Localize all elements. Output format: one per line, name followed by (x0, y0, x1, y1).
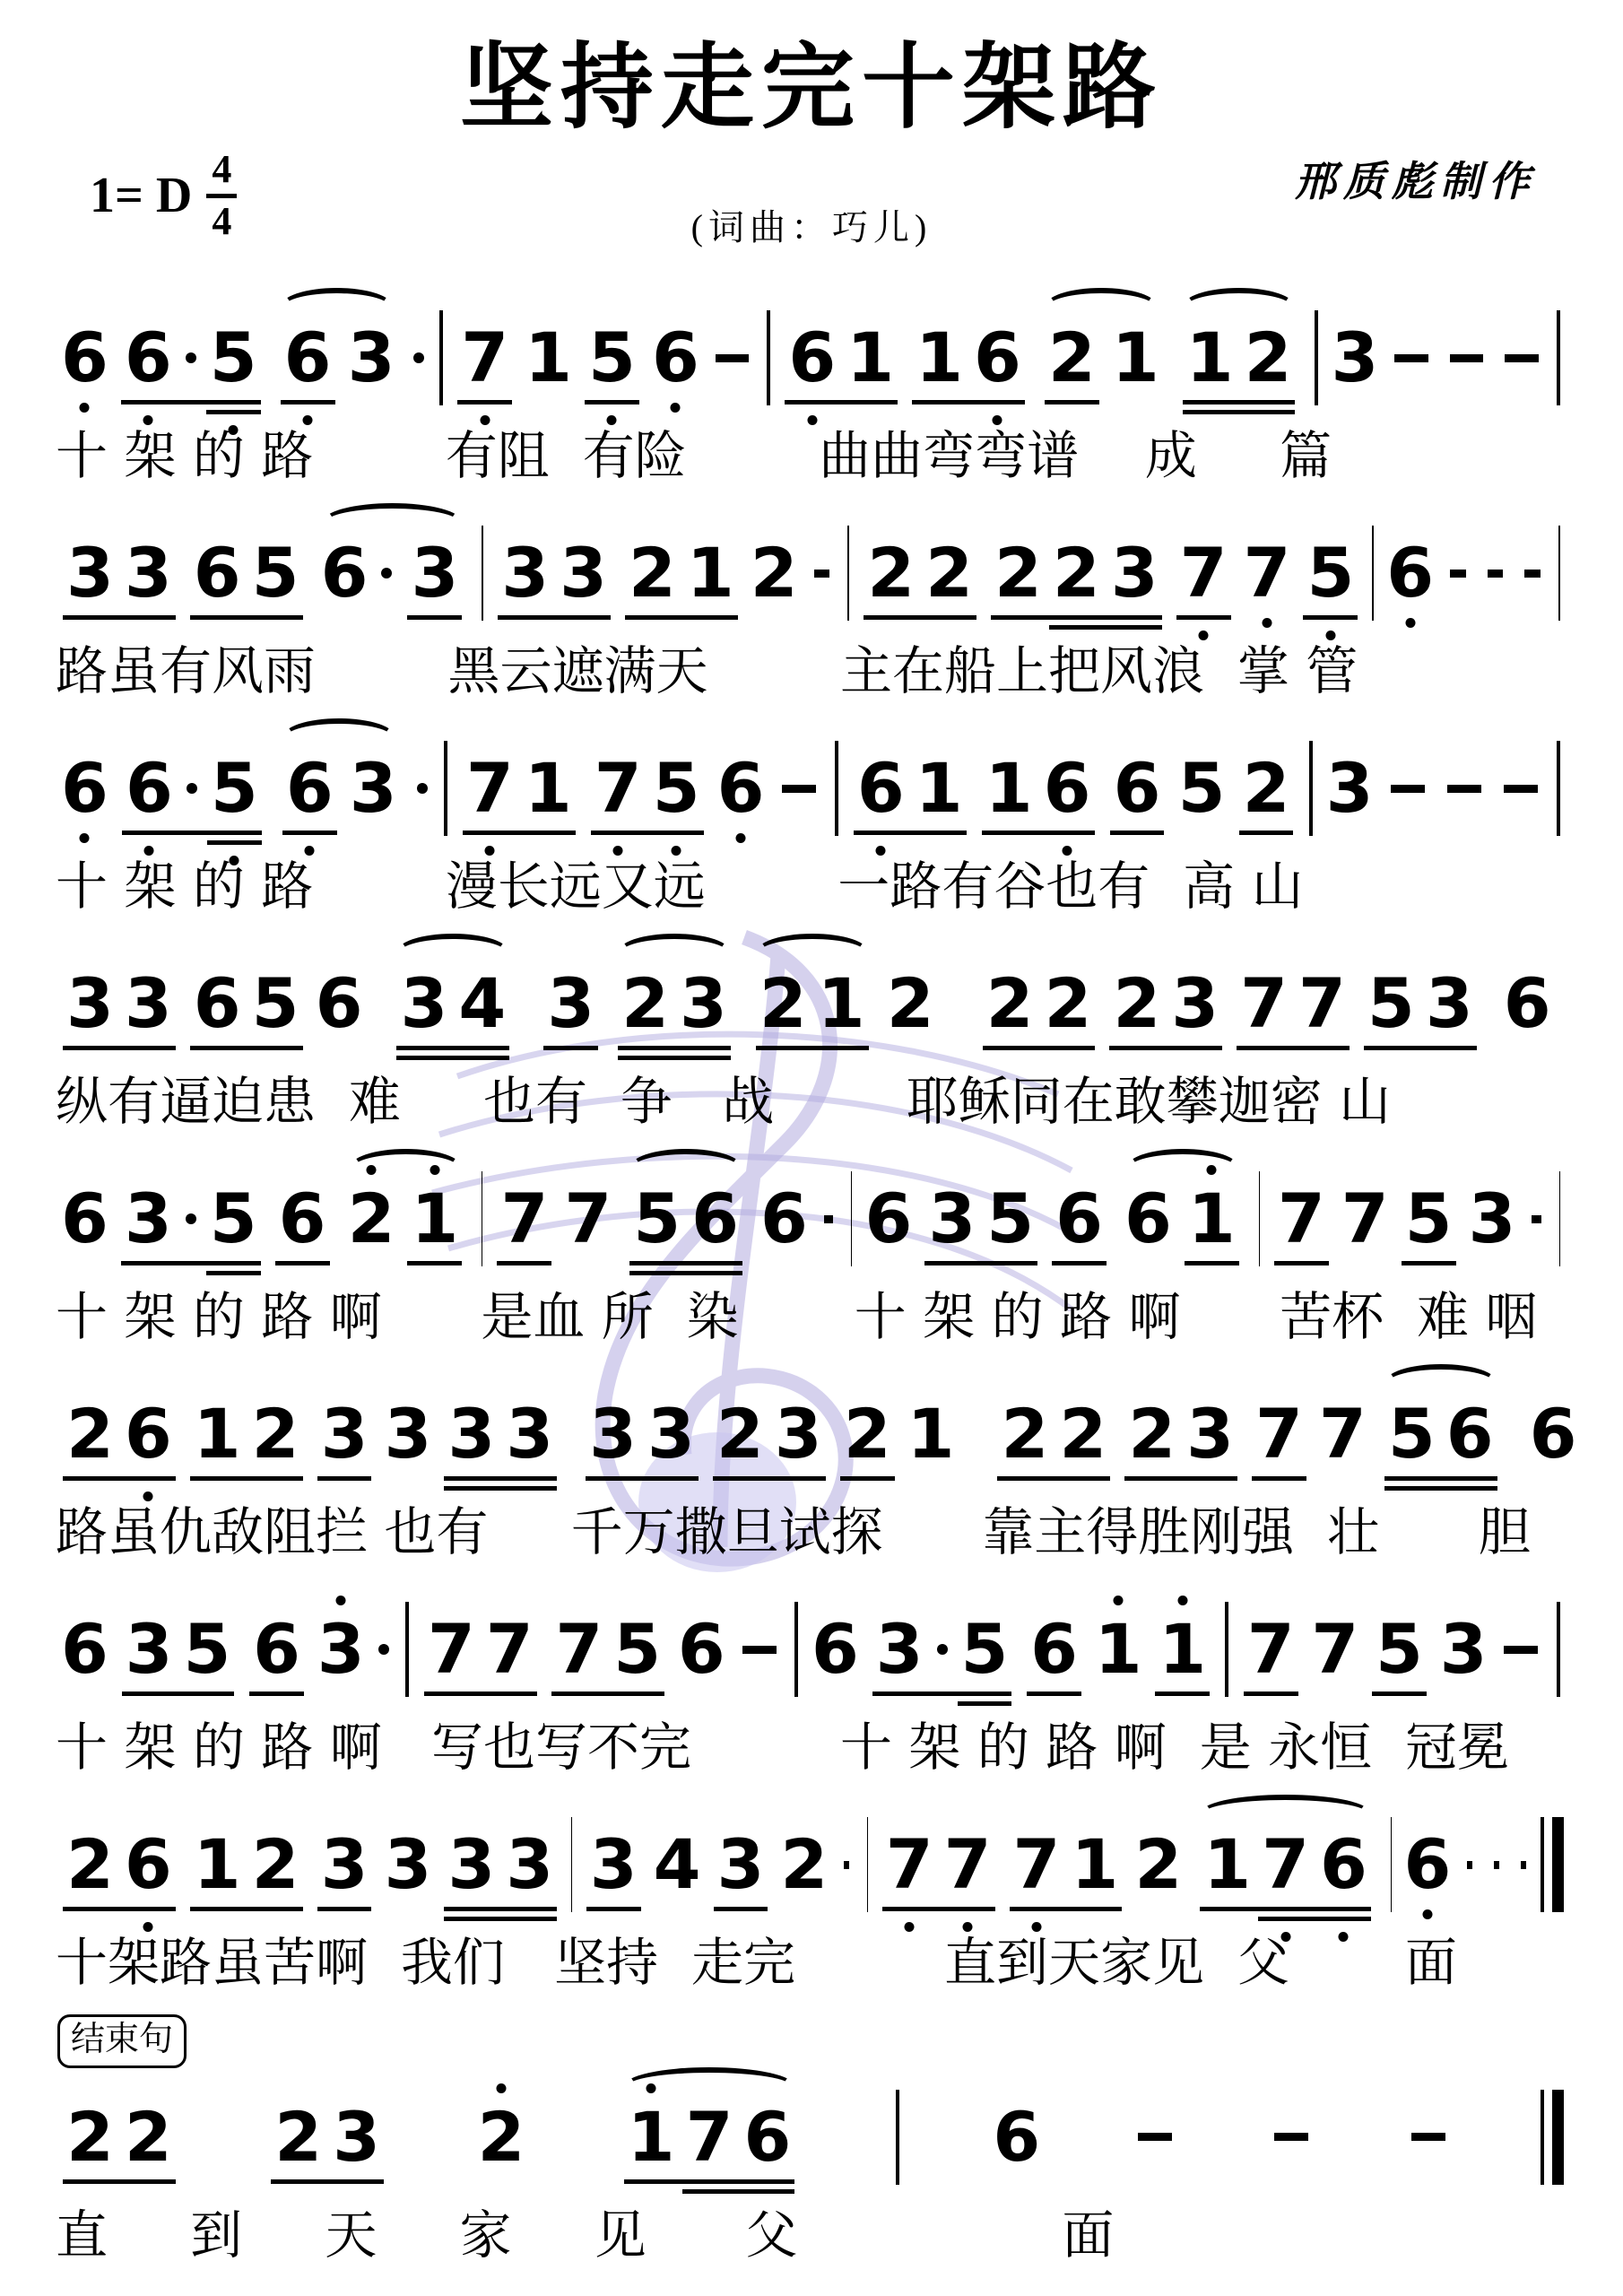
note-digit: 3 (126, 1613, 173, 1685)
note: 2 (887, 968, 934, 1039)
low-octave-dot (80, 833, 90, 843)
ending-section-label: 结束句 (57, 2014, 187, 2068)
note-digit: 1 (194, 1829, 241, 1900)
note: 3 (928, 1183, 976, 1255)
note-digit: 3 (411, 537, 458, 609)
note-digit: 2 (66, 2101, 114, 2173)
note-digit: 3 (447, 1398, 495, 1470)
note: 1 (411, 1183, 458, 1255)
low-octave-dot (1405, 618, 1415, 628)
note-digit: 2 (629, 537, 676, 609)
note: 7 (1341, 1183, 1389, 1255)
note-digit: 3 (350, 752, 397, 824)
note: 7 (1298, 968, 1346, 1039)
beam-group: 26 (61, 1398, 178, 1470)
system-9: 结束句222321766直 到 天 家 见 父 面 (0, 2014, 1623, 2274)
beam-group: 56 (628, 1183, 744, 1255)
note: 2 (1128, 1398, 1176, 1470)
beam-group: 5 (583, 322, 641, 394)
note: 6 (1114, 752, 1161, 824)
note-digit: 7 (564, 1183, 612, 1255)
beam-group: 7 (495, 1183, 553, 1255)
duration-dash (1532, 1215, 1541, 1223)
note: 6 (61, 752, 108, 824)
note-digit: 5 (252, 537, 299, 609)
note: 2 (1245, 322, 1292, 394)
note: 2 (1243, 752, 1290, 824)
duration-dash (716, 354, 750, 362)
note: 3 (333, 2101, 380, 2173)
note: 1 (1203, 1829, 1251, 1900)
beam-group: 6 (281, 752, 339, 824)
note-digit: 5 (986, 1183, 1034, 1255)
note: 3 (1326, 752, 1374, 824)
note-digit: 7 (1341, 1183, 1389, 1255)
high-octave-dot (1207, 1165, 1217, 1175)
note-digit: 6 (1114, 752, 1161, 824)
note: 6 (321, 537, 369, 609)
note-digit: 5 (1388, 1398, 1436, 1470)
duration-dash (1138, 2133, 1172, 2141)
note: 3 (125, 1183, 172, 1255)
note: 1 (1188, 1183, 1236, 1255)
note-digit: 5 (1306, 537, 1354, 609)
note-digit: 5 (252, 968, 299, 1039)
beam-group: 35 (120, 1613, 237, 1685)
augmentation-dot (187, 783, 197, 794)
low-octave-dot (963, 1922, 973, 1932)
beam-group: 6 (1050, 1183, 1108, 1255)
low-octave-dot (1422, 1909, 1432, 1919)
final-bar-thin (1541, 1817, 1544, 1912)
note: 1 (916, 322, 963, 394)
bar-line (1557, 1602, 1560, 1697)
maker-credit: 邢质彪制作 (1295, 161, 1537, 203)
beam-group: 53 (1362, 968, 1479, 1039)
beam-group: 75 (589, 752, 706, 824)
beam-group: 12 (188, 1829, 305, 1900)
note: 7 (1240, 968, 1288, 1039)
note: 3 (1440, 1613, 1488, 1685)
bar-line (444, 741, 447, 836)
note: 6 (253, 1613, 300, 1685)
beam-group: 1 (405, 1183, 464, 1255)
note: 5 (210, 1183, 257, 1255)
duration-dash (844, 1861, 849, 1869)
note-digit: 6 (717, 752, 765, 824)
low-octave-dot (672, 846, 681, 856)
note: 2 (844, 1398, 891, 1470)
note-digit: 3 (589, 1398, 637, 1470)
note-digit: 3 (384, 1829, 431, 1900)
beam-group: 23 (1123, 1398, 1239, 1470)
bar-line (794, 1602, 798, 1697)
beam-group: 33 (61, 537, 178, 609)
note-digit: 7 (1311, 1613, 1358, 1685)
augmentation-dot (381, 568, 392, 578)
note-digit: 2 (994, 537, 1042, 609)
notation-systems: 665637156611621123十 架 的 路 有阻 有险 曲曲弯弯谱 成 … (0, 269, 1623, 2274)
low-octave-dot (143, 415, 153, 425)
beam-group: 75 (550, 1613, 666, 1685)
low-octave-dot (1031, 1922, 1041, 1932)
beam-group: 5 (205, 752, 264, 824)
notation-line: 3365634323212222377536 (0, 938, 1623, 1069)
lyrics-line: 纵有逼迫患 难 也有 争 战 耶稣同在敢攀迦密 山 (0, 1069, 1623, 1141)
beam-group: 3 (585, 1829, 643, 1900)
note-digit: 3 (501, 537, 549, 609)
slur-group: 61 (1119, 1183, 1246, 1255)
note: 5 (1388, 1398, 1436, 1470)
note: 7 (1244, 537, 1291, 609)
duration-dash (1450, 354, 1484, 362)
note: 6 (61, 1183, 108, 1255)
note-digit: 1 (1159, 1613, 1206, 1685)
note-digit: 6 (788, 322, 836, 394)
note-digit: 6 (1320, 1829, 1367, 1900)
note: 7 (486, 1613, 534, 1685)
beam-group: 71 (1008, 1829, 1124, 1900)
beam-group: 3 (405, 537, 464, 609)
note: 2 (252, 1398, 299, 1470)
note-digit: 3 (775, 1398, 822, 1470)
note: 4 (654, 1829, 701, 1900)
note: 2 (759, 968, 807, 1039)
note-digit: 2 (986, 968, 1034, 1039)
note: 3 (66, 968, 114, 1039)
bar-line (1557, 741, 1560, 836)
note: 6 (1504, 968, 1551, 1039)
final-bar-thin (1541, 2090, 1544, 2185)
note-digit: 6 (691, 1183, 739, 1255)
note: 3 (876, 1613, 924, 1685)
system-2: 33656333212222237756路虽有风雨 黑云遮满天 主在船上把风浪 … (0, 508, 1623, 710)
duration-dash (1504, 785, 1538, 793)
note: 5 (961, 1613, 1009, 1685)
duration-dash (1391, 785, 1425, 793)
note-digit: 6 (974, 322, 1021, 394)
notation-line: 222321766 (0, 2072, 1623, 2203)
note: 1 (1071, 1829, 1118, 1900)
beam-group: 22 (862, 537, 978, 609)
note: 2 (1053, 537, 1100, 609)
note-digit: 7 (595, 752, 642, 824)
note-digit: 7 (1244, 537, 1291, 609)
note-digit: 2 (348, 1183, 395, 1255)
note: 3 (447, 1829, 495, 1900)
beam-group: 6 (273, 1183, 332, 1255)
note-digit: 3 (717, 1829, 765, 1900)
beam-group: 2 (1237, 752, 1296, 824)
note-digit: 3 (321, 1829, 369, 1900)
note: 3 (411, 537, 458, 609)
slur-group: 12 (1176, 322, 1303, 394)
slur-group: 63 (273, 322, 401, 394)
note: 2 (66, 1829, 114, 1900)
time-signature-numerator: 4 (206, 149, 237, 197)
note: 7 (1278, 1183, 1325, 1255)
note: 5 (1367, 968, 1415, 1039)
note-digit: 6 (1055, 1183, 1103, 1255)
beam-group: 77 (1235, 968, 1351, 1039)
duration-dash (1521, 1861, 1526, 1869)
note: 6 (1320, 1829, 1367, 1900)
note-digit: 6 (321, 537, 369, 609)
note: 1 (1159, 1613, 1206, 1685)
note-digit: 5 (184, 1613, 231, 1685)
duration-dash (1274, 2133, 1308, 2141)
notation-line: 665637156611621123 (0, 292, 1623, 423)
slur-group: 34 (389, 968, 516, 1039)
slur-group: 176 (617, 2101, 803, 2173)
note: 7 (1319, 1398, 1367, 1470)
note: 2 (994, 537, 1042, 609)
note-digit: 3 (400, 968, 447, 1039)
note: 3 (66, 537, 114, 609)
lyrics-line: 路虽有风雨 黑云遮满天 主在船上把风浪 掌 管 (0, 639, 1623, 710)
note-digit: 1 (628, 2101, 675, 2173)
note: 1 (1186, 322, 1234, 394)
note-digit: 6 (1504, 968, 1551, 1039)
note: 2 (925, 537, 973, 609)
beam-group: 21 (754, 968, 871, 1039)
beam-group: 23 (1047, 537, 1164, 609)
low-octave-dot (305, 846, 315, 856)
note: 3 (647, 1398, 695, 1470)
note: 1 (907, 1398, 955, 1470)
note: 1 (985, 752, 1033, 824)
beam-group: 5 (1400, 1183, 1458, 1255)
note-digit: 3 (1426, 968, 1473, 1039)
note: 5 (613, 1613, 661, 1685)
beam-group: 33 (442, 1398, 559, 1470)
note-digit: 7 (886, 1829, 933, 1900)
note-digit: 6 (125, 1829, 172, 1900)
note: 3 (125, 968, 172, 1039)
note: 6 (1530, 1398, 1577, 1470)
note-digit: 7 (1180, 537, 1228, 609)
bar-line (405, 1602, 409, 1697)
note: 3 (400, 968, 447, 1039)
note-digit: 6 (253, 1613, 300, 1685)
low-octave-dot (993, 415, 1002, 425)
low-octave-dot (143, 1922, 153, 1932)
note-digit: 3 (590, 1829, 638, 1900)
note: 7 (944, 1829, 992, 1900)
note-digit: 2 (125, 2101, 172, 2173)
bar-line (1309, 741, 1313, 836)
note: 5 (1306, 537, 1354, 609)
note-digit: 2 (252, 1829, 299, 1900)
note: 6 (678, 1613, 725, 1685)
bar-line (767, 310, 770, 405)
note-digit: 3 (125, 537, 172, 609)
note-digit: 7 (1240, 968, 1288, 1039)
note-digit: 1 (687, 537, 734, 609)
header-meta: 1= D 4 4 (词曲：巧儿) 邢质彪制作 (0, 143, 1623, 269)
low-octave-dot (80, 403, 90, 413)
beam-group: 16 (910, 322, 1027, 394)
bar-line (1372, 526, 1374, 621)
note: 7 (595, 752, 642, 824)
augmentation-dot (937, 1644, 948, 1655)
note-digit: 2 (844, 1398, 891, 1470)
beam-group: 23 (616, 968, 733, 1039)
beam-group: 5 (956, 1613, 1014, 1685)
note-digit: 1 (916, 752, 963, 824)
note: 6 (974, 322, 1021, 394)
note-digit: 7 (500, 1183, 548, 1255)
note-digit: 3 (1440, 1613, 1488, 1685)
note: 2 (1134, 1829, 1182, 1900)
notation-line: 33656333212222237756 (0, 508, 1623, 639)
note: 6 (194, 968, 241, 1039)
low-octave-dot (1339, 1932, 1349, 1942)
note-digit: 6 (61, 322, 108, 394)
note-digit: 6 (678, 1613, 725, 1685)
note-digit: 1 (1095, 1613, 1142, 1685)
note: 2 (751, 537, 798, 609)
note-digit: 3 (547, 968, 595, 1039)
system-6: 26123333332321222377566路虽仇敌阻拦 也有 千万撒旦试探 … (0, 1369, 1623, 1571)
low-octave-dot (607, 415, 617, 425)
note: 5 (1405, 1183, 1453, 1255)
note-digit: 2 (252, 1398, 299, 1470)
note: 6 (652, 322, 699, 394)
lyrics-line: 十 架 的 路 啊 写也写不完 十 架 的 路 啊 是 永恒 冠冕 (0, 1715, 1623, 1787)
note-digit: 1 (194, 1398, 241, 1470)
note: 3 (317, 1613, 365, 1685)
note-digit: 2 (621, 968, 669, 1039)
note-digit: 2 (477, 2101, 525, 2173)
final-bar-thick (1552, 1817, 1564, 1912)
music-sheet-page: 坚持走完十架路 1= D 4 4 (词曲：巧儿) 邢质彪制作 665637156… (0, 0, 1623, 2296)
duration-dash (1505, 354, 1539, 362)
beam-group: 12 (188, 1398, 305, 1470)
note-digit: 3 (560, 537, 607, 609)
beam-group: 12 (1181, 322, 1298, 394)
slur-group: 21 (749, 968, 876, 1039)
note-digit: 7 (555, 1613, 603, 1685)
note-digit: 2 (887, 968, 934, 1039)
beam-group: 56 (1383, 1398, 1499, 1470)
note: 4 (458, 968, 506, 1039)
notation-line: 261233333432777121766 (0, 1799, 1623, 1930)
beam-group: 77 (881, 1829, 997, 1900)
note-digit: 1 (1186, 322, 1234, 394)
high-octave-dot (1114, 1596, 1124, 1605)
high-octave-dot (367, 1165, 377, 1175)
note: 6 (864, 1183, 912, 1255)
duration-dash (814, 570, 830, 578)
note-digit: 3 (125, 968, 172, 1039)
note: 5 (184, 1613, 231, 1685)
note: 5 (252, 537, 299, 609)
duration-dash (1504, 1646, 1538, 1654)
note-digit: 6 (61, 1613, 108, 1685)
note-digit: 1 (818, 968, 865, 1039)
augmentation-dot (378, 1644, 389, 1655)
note: 3 (384, 1829, 431, 1900)
note-digit: 1 (411, 1183, 458, 1255)
note: 2 (1001, 1398, 1048, 1470)
note-digit: 7 (1298, 968, 1346, 1039)
beam-group: 5 (1370, 1613, 1428, 1685)
note-digit: 7 (1255, 1398, 1303, 1470)
high-octave-dot (430, 1165, 439, 1175)
note: 6 (760, 1183, 808, 1255)
low-octave-dot (230, 856, 239, 865)
low-octave-dot (876, 846, 886, 856)
note-digit: 2 (925, 537, 973, 609)
lyrics-line: 十架路虽苦啊 我们 坚持 走完 直到天家见 父 面 (0, 1930, 1623, 2002)
note-digit: 1 (1188, 1183, 1236, 1255)
note-digit: 3 (1326, 752, 1374, 824)
slur-group: 21 (1037, 322, 1165, 394)
note-digit: 7 (1319, 1398, 1367, 1470)
low-octave-dot (613, 846, 623, 856)
note-digit: 3 (66, 968, 114, 1039)
note: 3 (321, 1398, 369, 1470)
bar-line (867, 1817, 868, 1912)
note-digit: 7 (1013, 1829, 1061, 1900)
note: 3 (1331, 322, 1378, 394)
lyrics-line: 十 架 的 路 有阻 有险 曲曲弯弯谱 成 篇 (0, 423, 1623, 495)
note: 3 (547, 968, 595, 1039)
note-digit: 5 (653, 752, 700, 824)
note: 3 (125, 537, 172, 609)
note-digit: 5 (1376, 1613, 1423, 1685)
beam-group: 3 (316, 1829, 374, 1900)
note: 1 (628, 2101, 675, 2173)
note-digit: 7 (461, 322, 508, 394)
low-octave-dot (671, 403, 681, 413)
beam-group: 12 (1181, 322, 1298, 394)
bar-line (851, 1171, 852, 1266)
note: 7 (886, 1829, 933, 1900)
note-digit: 5 (1405, 1183, 1453, 1255)
final-bar-line (1541, 1817, 1564, 1912)
note-digit: 2 (1048, 322, 1096, 394)
note: 6 (811, 1613, 859, 1685)
note: 7 (686, 2101, 733, 2173)
note: 5 (633, 1183, 681, 1255)
note: 6 (1446, 1398, 1494, 1470)
beam-group: 21 (623, 537, 740, 609)
note-digit: 6 (61, 752, 108, 824)
system-4: 3365634323212222377536纵有逼迫患 难 也有 争 战 耶稣同… (0, 938, 1623, 1141)
writer-credit: (词曲：巧儿) (0, 210, 1623, 246)
duration-dash (1494, 1861, 1499, 1869)
high-octave-dot (647, 2083, 656, 2093)
beam-group: 3 (712, 1829, 770, 1900)
note: 3 (1186, 1398, 1234, 1470)
bar-line (1391, 1817, 1392, 1912)
note: 5 (210, 322, 257, 394)
beam-group: 7 (1250, 1398, 1308, 1470)
duration-dash (824, 1215, 833, 1223)
system-7: 63563777566356117753十 架 的 路 啊 写也写不完 十 架 … (0, 1584, 1623, 1787)
note-digit: 2 (759, 968, 807, 1039)
beam-group: 6 (279, 322, 337, 394)
beam-group: 76 (1256, 1829, 1373, 1900)
note-digit: 6 (194, 537, 241, 609)
note-digit: 6 (125, 1398, 172, 1470)
notation-line: 665637175661166523 (0, 723, 1623, 854)
bar-line (439, 310, 443, 405)
beam-group: 35 (119, 1183, 263, 1255)
note-digit: 1 (846, 322, 894, 394)
